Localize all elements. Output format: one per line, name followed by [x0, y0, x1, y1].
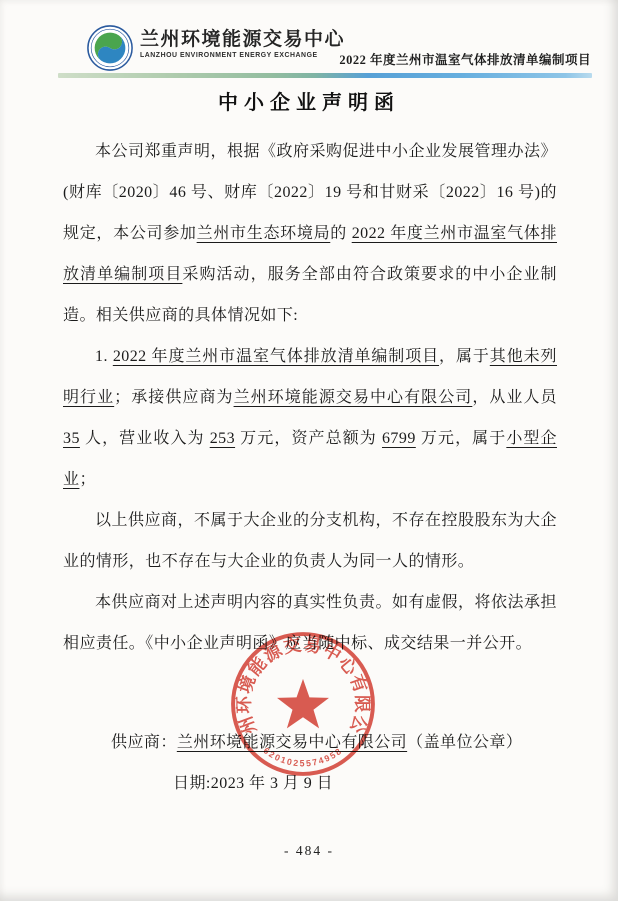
- page-header: 兰州环境能源交易中心 LANZHOU ENVIRONMENT ENERGY EX…: [0, 0, 618, 80]
- supplier-label: 供应商：: [111, 734, 177, 751]
- underlined-run: 兰州环境能源交易中心有限公司: [234, 389, 473, 406]
- underlined-run: 35: [63, 430, 80, 447]
- text-run: 万元，属于: [416, 430, 507, 447]
- underlined-run: 253: [210, 430, 235, 447]
- seal-star-icon: [277, 679, 329, 728]
- text-run: 人，营业收入为: [80, 430, 210, 447]
- text-run: ，属于: [439, 348, 490, 365]
- header-divider: [58, 73, 592, 78]
- no-affiliation-paragraph: 以上供应商，不属于大企业的分支机构，不存在控股股东为大企业的情形，也不存在与大企…: [63, 500, 557, 582]
- underlined-run: 兰州市生态环境局: [197, 225, 331, 242]
- seal-code: 6201025574958: [262, 745, 345, 768]
- underlined-run: 2022 年度兰州市温室气体排放清单编制项目: [113, 348, 439, 365]
- seal-ring-text: 兰州环境能源交易中心有限公司: [227, 628, 372, 737]
- brand-name-en: LANZHOU ENVIRONMENT ENERGY EXCHANGE: [140, 52, 345, 59]
- page-number: - 484 -: [0, 843, 618, 859]
- text-run: 万元，资产总额为: [235, 430, 382, 447]
- svg-text:6201025574958: 6201025574958: [262, 745, 345, 768]
- seal-note: （盖单位公章）: [407, 734, 522, 751]
- brand-block: 兰州环境能源交易中心 LANZHOU ENVIRONMENT ENERGY EX…: [140, 29, 345, 59]
- brand-name-cn: 兰州环境能源交易中心: [140, 29, 345, 51]
- project-title: 2022 年度兰州市温室气体排放清单编制项目: [339, 50, 591, 68]
- text-run: 的: [330, 225, 351, 242]
- document-page: 兰州环境能源交易中心 LANZHOU ENVIRONMENT ENERGY EX…: [0, 0, 618, 901]
- document-title: 中小企业声明函: [0, 86, 618, 115]
- declaration-paragraph-1: 本公司郑重声明，根据《政府采购促进中小企业发展管理办法》(财库〔2020〕46 …: [63, 131, 557, 336]
- supplier-detail-paragraph: 1. 2022 年度兰州市温室气体排放清单编制项目，属于其他未列明行业；承接供应…: [63, 336, 557, 500]
- company-seal-stamp: 兰州环境能源交易中心有限公司 6201025574958: [227, 628, 379, 780]
- underlined-run: 6799: [382, 430, 416, 447]
- text-run: 1.: [95, 348, 113, 365]
- exchange-logo-icon: [86, 24, 134, 72]
- text-run: ；承接供应商为: [114, 389, 233, 406]
- text-run: ，从业人员: [472, 389, 557, 406]
- text-run: ；: [79, 471, 95, 488]
- svg-text:兰州环境能源交易中心有限公司: 兰州环境能源交易中心有限公司: [227, 628, 372, 737]
